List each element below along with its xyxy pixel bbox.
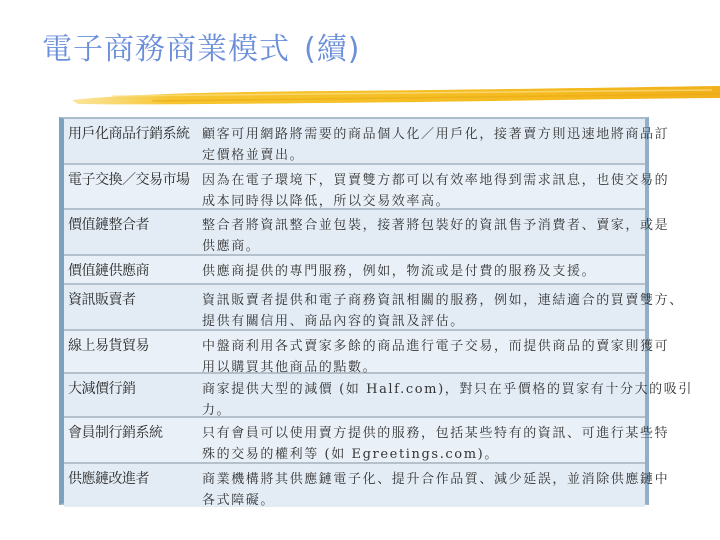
model-description: 顧客可用網路將需要的商品個人化／用戶化，接著賣方則迅速地將商品訂 定價格並賣出。 bbox=[192, 119, 677, 163]
description-line: 各式障礙。 bbox=[202, 490, 669, 511]
description-line: 供應商提供的專門服務，例如，物流或是付費的服務及支援。 bbox=[202, 261, 637, 282]
model-name: 電子交換／交易市場 bbox=[64, 165, 192, 208]
business-models-table: 用戶化商品行銷系統 顧客可用網路將需要的商品個人化／用戶化，接著賣方則迅速地將商… bbox=[59, 117, 649, 505]
description-line: 資訊販賣者提供和電子商務資訊相關的服務，例如，連結適合的買賣雙方、 bbox=[202, 290, 684, 311]
model-name: 大減價行銷 bbox=[64, 374, 192, 416]
model-name: 用戶化商品行銷系統 bbox=[64, 119, 192, 163]
description-line: 整合者將資訊整合並包裝，接著將包裝好的資訊售予消費者、賣家，或是 bbox=[202, 215, 669, 236]
yellow-brushstroke-divider bbox=[72, 84, 720, 108]
slide-title: 電子商務商業模式(續) bbox=[42, 30, 360, 70]
description-line: 顧客可用網路將需要的商品個人化／用戶化，接著賣方則迅速地將商品訂 bbox=[202, 124, 669, 145]
table-row: 價值鏈整合者 整合者將資訊整合並包裝，接著將包裝好的資訊售予消費者、賣家，或是 … bbox=[64, 210, 645, 256]
description-line: 因為在電子環境下，買賣雙方都可以有效率地得到需求訊息，也使交易的 bbox=[202, 170, 669, 191]
description-line: 供應商。 bbox=[202, 236, 669, 257]
table-row: 價值鏈供應商 供應商提供的專門服務，例如，物流或是付費的服務及支援。 bbox=[64, 256, 645, 285]
model-description: 因為在電子環境下，買賣雙方都可以有效率地得到需求訊息，也使交易的 成本同時得以降… bbox=[192, 165, 677, 208]
description-line: 中盤商利用各式賣家多餘的商品進行電子交易，而提供商品的賣家則獲可 bbox=[202, 336, 669, 357]
table-row: 大減價行銷 商家提供大型的減價 (如 Half.com)，對只在乎價格的買家有十… bbox=[64, 374, 645, 418]
model-description: 整合者將資訊整合並包裝，接著將包裝好的資訊售予消費者、賣家，或是 供應商。 bbox=[192, 210, 677, 254]
model-name: 供應鏈改進者 bbox=[64, 464, 192, 507]
model-description: 中盤商利用各式賣家多餘的商品進行電子交易，而提供商品的賣家則獲可 用以購買其他商… bbox=[192, 331, 677, 372]
table-row: 用戶化商品行銷系統 顧客可用網路將需要的商品個人化／用戶化，接著賣方則迅速地將商… bbox=[64, 119, 645, 165]
table-row: 資訊販賣者 資訊販賣者提供和電子商務資訊相關的服務，例如，連結適合的買賣雙方、 … bbox=[64, 285, 645, 331]
table-row: 電子交換／交易市場 因為在電子環境下，買賣雙方都可以有效率地得到需求訊息，也使交… bbox=[64, 165, 645, 210]
model-description: 商家提供大型的減價 (如 Half.com)，對只在乎價格的買家有十分大的吸引 … bbox=[192, 374, 701, 416]
description-line: 定價格並賣出。 bbox=[202, 145, 669, 166]
description-line: 殊的交易的權利等 (如 Egreetings.com)。 bbox=[202, 444, 669, 465]
model-description: 商業機構將其供應鏈電子化、提升合作品質、減少延誤，並消除供應鏈中 各式障礙。 bbox=[192, 464, 677, 507]
description-line: 成本同時得以降低，所以交易效率高。 bbox=[202, 191, 669, 212]
description-line: 只有會員可以使用賣方提供的服務，包括某些特有的資訊、可進行某些特 bbox=[202, 423, 669, 444]
model-name: 線上易貨貿易 bbox=[64, 331, 192, 372]
description-line: 提供有關信用、商品內容的資訊及評估。 bbox=[202, 311, 684, 332]
model-description: 只有會員可以使用賣方提供的服務，包括某些特有的資訊、可進行某些特 殊的交易的權利… bbox=[192, 418, 677, 462]
model-description: 供應商提供的專門服務，例如，物流或是付費的服務及支援。 bbox=[192, 256, 645, 283]
table-row: 供應鏈改進者 商業機構將其供應鏈電子化、提升合作品質、減少延誤，並消除供應鏈中 … bbox=[64, 464, 645, 507]
model-name: 價值鏈整合者 bbox=[64, 210, 192, 254]
model-name: 會員制行銷系統 bbox=[64, 418, 192, 462]
title-suffix: (續) bbox=[304, 32, 360, 67]
table-row: 線上易貨貿易 中盤商利用各式賣家多餘的商品進行電子交易，而提供商品的賣家則獲可 … bbox=[64, 331, 645, 374]
table-row: 會員制行銷系統 只有會員可以使用賣方提供的服務，包括某些特有的資訊、可進行某些特… bbox=[64, 418, 645, 464]
description-line: 商業機構將其供應鏈電子化、提升合作品質、減少延誤，並消除供應鏈中 bbox=[202, 469, 669, 490]
model-name: 資訊販賣者 bbox=[64, 285, 192, 329]
model-name: 價值鏈供應商 bbox=[64, 256, 192, 283]
title-text: 電子商務商業模式 bbox=[42, 32, 290, 67]
model-description: 資訊販賣者提供和電子商務資訊相關的服務，例如，連結適合的買賣雙方、 提供有關信用… bbox=[192, 285, 692, 329]
description-line: 商家提供大型的減價 (如 Half.com)，對只在乎價格的買家有十分大的吸引 bbox=[202, 379, 693, 400]
